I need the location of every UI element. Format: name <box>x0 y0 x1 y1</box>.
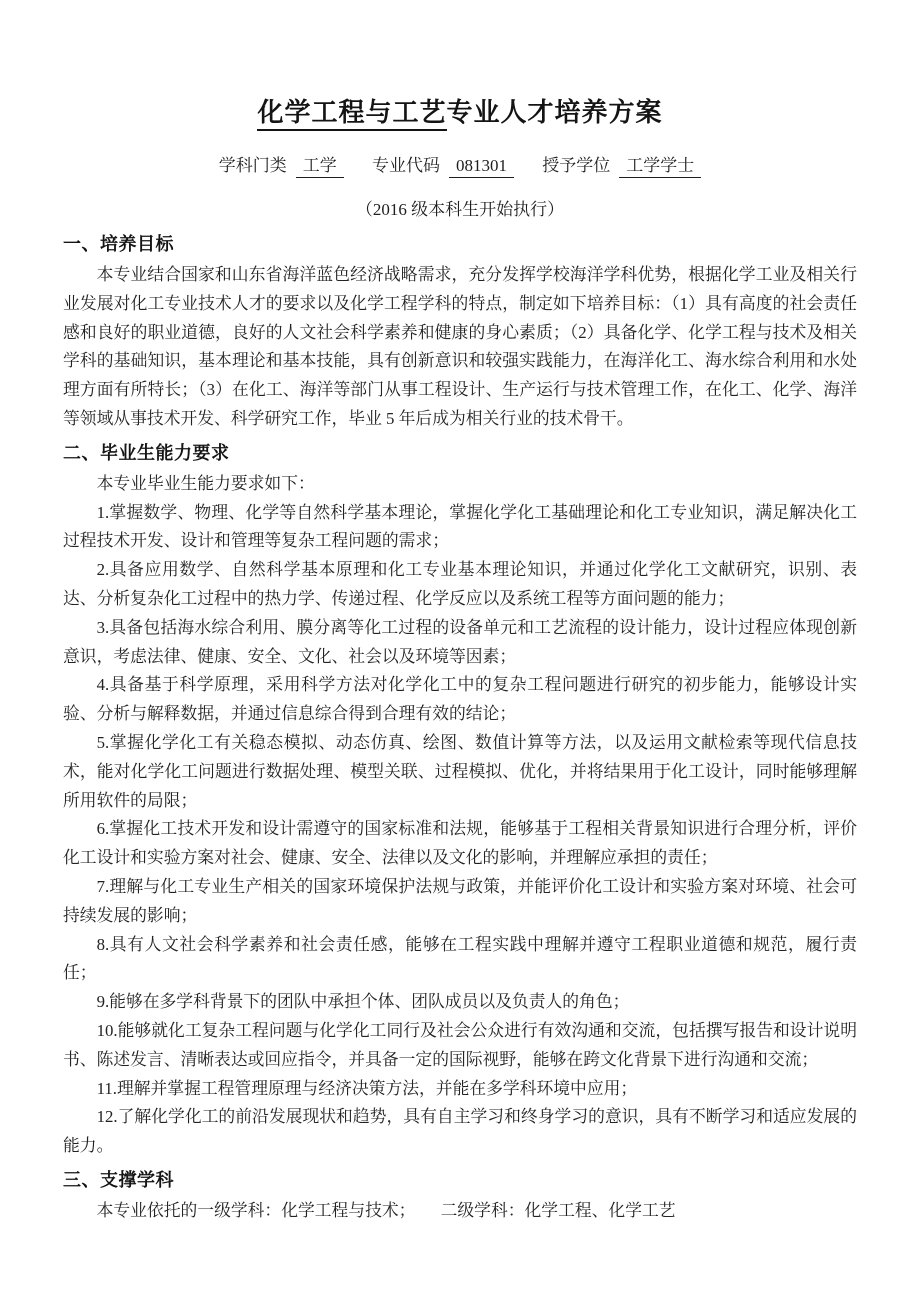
ability-item-11: 11.理解并掌握工程管理原理与经济决策方法，并能在多学科环境中应用； <box>63 1075 857 1104</box>
discipline-category-label: 学科门类 <box>219 156 287 175</box>
title-rest-text: 专业人才培养方案 <box>447 97 663 127</box>
degree-meta-line: 学科门类工学 专业代码081301 授予学位工学学士 <box>63 151 857 178</box>
ability-item-8: 8.具有人文社会科学素养和社会责任感，能够在工程实践中理解并遵守工程职业道德和规… <box>63 931 857 989</box>
effective-cohort-note: （2016 级本科生开始执行） <box>63 195 857 220</box>
title-underlined-text: 化学工程与工艺 <box>257 97 446 131</box>
ability-item-2: 2.具备应用数学、自然科学基本原理和化工专业基本理论知识，并通过化学化工文献研究… <box>63 556 857 614</box>
major-code-value: 081301 <box>449 156 514 178</box>
document-title: 化学工程与工艺专业人才培养方案 <box>63 92 857 129</box>
abilities-intro: 本专业毕业生能力要求如下： <box>63 470 857 499</box>
document-page: 化学工程与工艺专业人才培养方案 学科门类工学 专业代码081301 授予学位工学… <box>0 0 920 1302</box>
major-code-label: 专业代码 <box>372 156 440 175</box>
ability-item-4: 4.具备基于科学原理，采用科学方法对化学化工中的复杂工程问题进行研究的初步能力，… <box>63 671 857 729</box>
training-objectives-paragraph: 本专业结合国家和山东省海洋蓝色经济战略需求，充分发挥学校海洋学科优势，根据化学工… <box>63 261 857 434</box>
ability-item-10: 10.能够就化工复杂工程问题与化学化工同行及社会公众进行有效沟通和交流，包括撰写… <box>63 1017 857 1075</box>
ability-item-3: 3.具备包括海水综合利用、膜分离等化工过程的设备单元和工艺流程的设计能力，设计过… <box>63 614 857 672</box>
ability-item-6: 6.掌握化工技术开发和设计需遵守的国家标准和法规，能够基于工程相关背景知识进行合… <box>63 815 857 873</box>
ability-item-1: 1.掌握数学、物理、化学等自然科学基本理论，掌握化学化工基础理论和化工专业知识，… <box>63 499 857 557</box>
ability-item-5: 5.掌握化学化工有关稳态模拟、动态仿真、绘图、数值计算等方法，以及运用文献检索等… <box>63 729 857 815</box>
section-heading-graduate-abilities: 二、毕业生能力要求 <box>63 439 857 467</box>
section-heading-training-objectives: 一、培养目标 <box>63 230 857 258</box>
degree-awarded-value: 工学学士 <box>619 151 701 178</box>
discipline-category-value: 工学 <box>296 151 344 178</box>
section-heading-supporting-disciplines: 三、支撑学科 <box>63 1166 857 1194</box>
ability-item-7: 7.理解与化工专业生产相关的国家环境保护法规与政策，并能评价化工设计和实验方案对… <box>63 873 857 931</box>
supporting-disciplines-paragraph: 本专业依托的一级学科：化学工程与技术； 二级学科：化学工程、化学工艺 <box>63 1197 857 1226</box>
ability-item-9: 9.能够在多学科背景下的团队中承担个体、团队成员以及负责人的角色； <box>63 988 857 1017</box>
degree-awarded-label: 授予学位 <box>542 156 610 175</box>
ability-item-12: 12.了解化学化工的前沿发展现状和趋势，具有自主学习和终身学习的意识，具有不断学… <box>63 1103 857 1161</box>
